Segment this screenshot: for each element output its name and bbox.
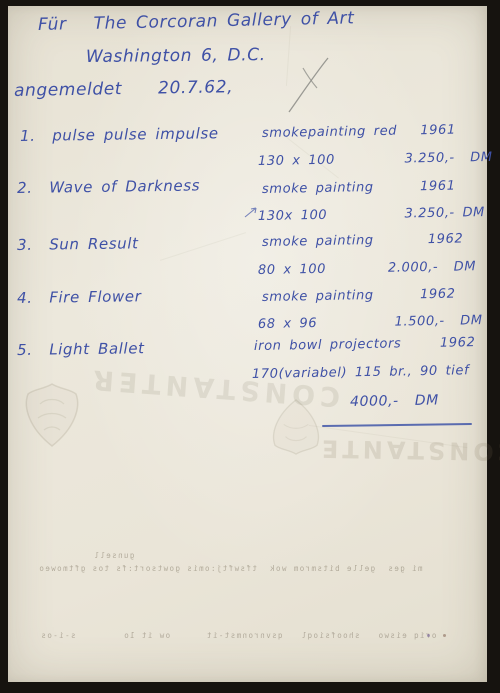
- item-1-title: 1. pulse pulse impulse: [20, 124, 219, 145]
- showthrough-word: gunsell: [93, 551, 134, 560]
- header-recipient-line2: Washington 6, D.C.: [86, 45, 266, 67]
- paper-crease: [160, 232, 246, 261]
- watermark-crest-icon: [20, 380, 84, 450]
- item-5-price: 4000,- DM: [350, 392, 439, 410]
- item-2-title: 2. Wave of Darkness: [17, 176, 200, 197]
- ink-arrow-mark: [243, 204, 261, 220]
- ink-speck: [443, 634, 446, 637]
- watermark-crest-icon: [268, 396, 324, 458]
- pencil-check-mark: [281, 54, 337, 118]
- item-5-title: 5. Light Ballet: [17, 339, 145, 359]
- scanned-document-photo: { "document": { "kind": "handwritten art…: [0, 0, 500, 693]
- item-3-title: 3. Sun Result: [17, 234, 139, 254]
- item-4-title: 4. Fire Flower: [17, 287, 142, 307]
- showthrough-line: oriq eiswo shoofsioql qsvnronmst-it ow i…: [40, 631, 436, 640]
- watermark-text-lower: CONSTANTE: [318, 434, 500, 465]
- header-registered-date: angemeldet 20.7.62,: [14, 77, 234, 101]
- ink-speck: [427, 634, 430, 637]
- showthrough-line: mi ges gelle bitsmrom wok tfswftj:omis g…: [38, 564, 423, 573]
